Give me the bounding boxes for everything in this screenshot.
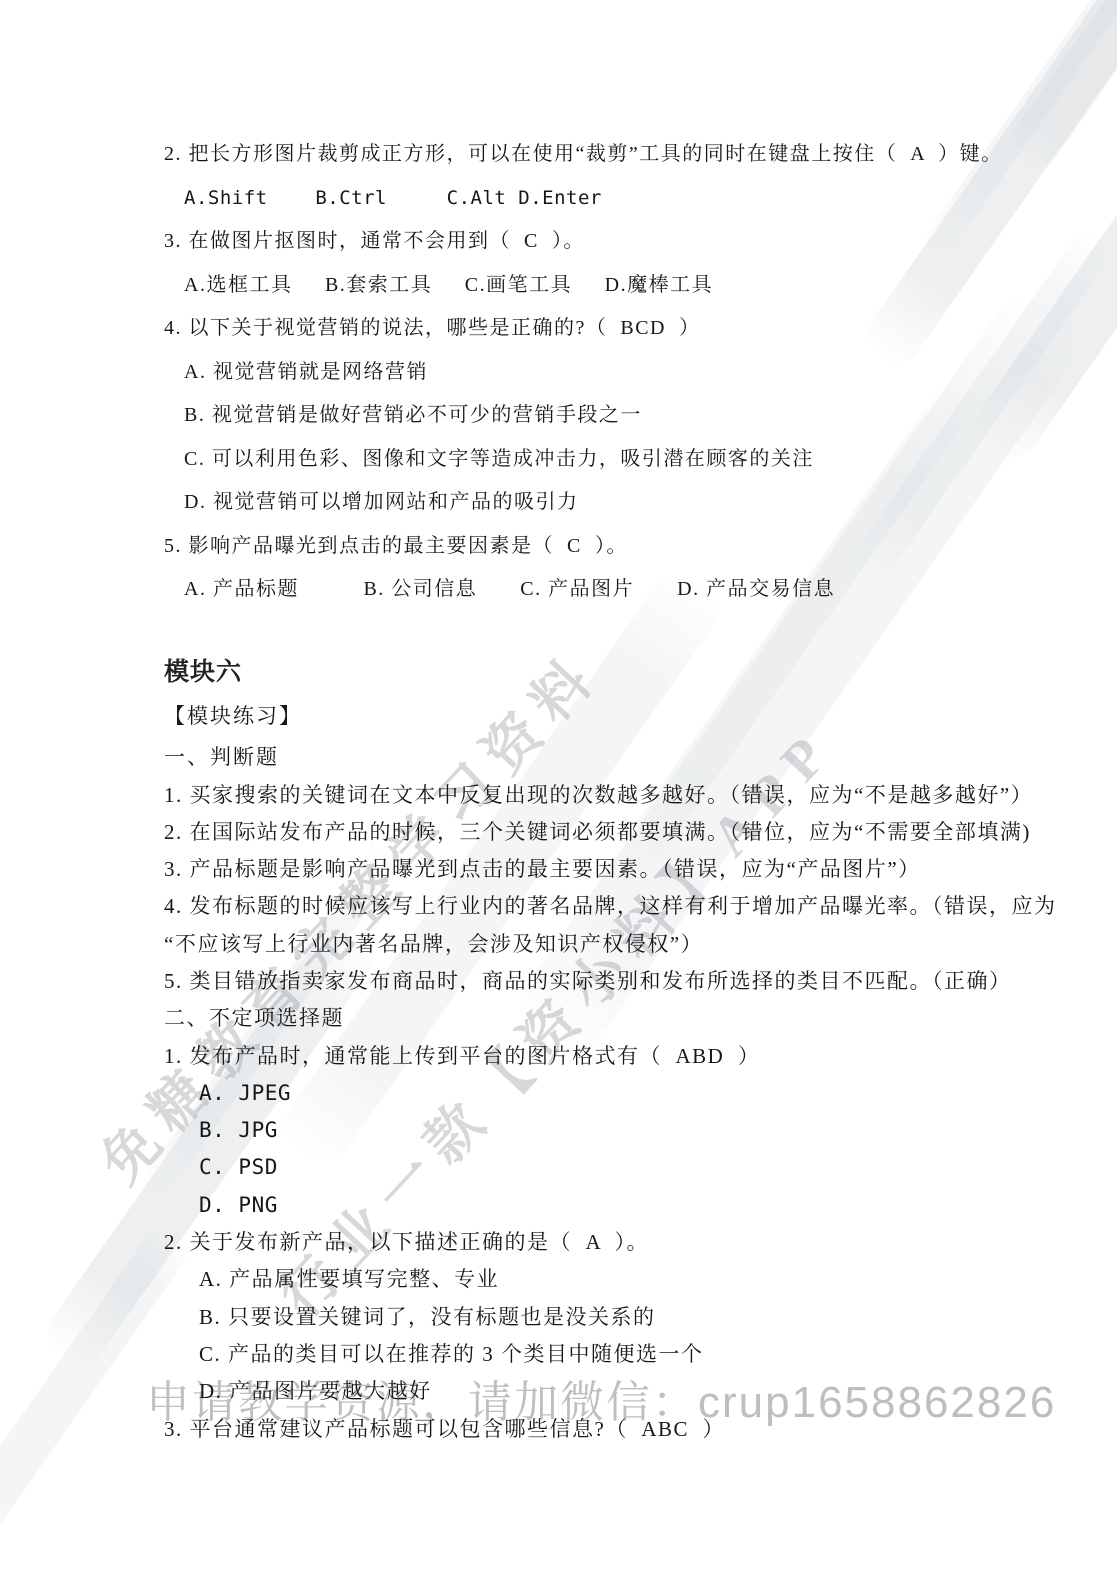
option-line: A. JPEG <box>164 1075 1004 1112</box>
statement-line: 2. 在国际站发布产品的时候，三个关键词必须都要填满。（错位，应为“不需要全部填… <box>164 814 1004 851</box>
question-line: 4. 以下关于视觉营销的说法，哪些是正确的?（ BCD ） <box>164 307 1004 351</box>
question-line: 5. 影响产品曝光到点击的最主要因素是（ C ）。 <box>164 525 1004 569</box>
option-line: A.选框工具 B.套索工具 C.画笔工具 D.魔棒工具 <box>164 264 1004 308</box>
diagonal-streak <box>1000 0 1117 179</box>
question-line: 2. 把长方形图片裁剪成正方形，可以在使用“裁剪”工具的同时在键盘上按住（ A … <box>164 133 1004 177</box>
module-subheading: 【模块练习】 <box>164 695 1004 737</box>
option-line: A.Shift B.Ctrl C.Alt D.Enter <box>164 177 1004 221</box>
statement-line: 3. 产品标题是影响产品曝光到点击的最主要因素。（错误，应为“产品图片”） <box>164 851 1004 888</box>
statement-line: 1. 买家搜索的关键词在文本中反复出现的次数越多越好。（错误，应为“不是越多越好… <box>164 777 1004 814</box>
option-line: D. PNG <box>164 1187 1004 1224</box>
option-line: D. 产品图片要越大越好 <box>164 1373 1004 1410</box>
option-line: C. PSD <box>164 1149 1004 1186</box>
section-title-multiple-choice: 二、不定项选择题 <box>164 1000 1004 1037</box>
option-line: B. JPG <box>164 1112 1004 1149</box>
option-line: B. 视觉营销是做好营销必不可少的营销手段之一 <box>164 394 1004 438</box>
option-line: B. 只要设置关键词了，没有标题也是没关系的 <box>164 1299 1004 1336</box>
option-line: A. 产品属性要填写完整、专业 <box>164 1261 1004 1298</box>
document-page: 免糖教育完整学习资料 行业一款【资小料】APP 申请教学资源，请加微信：crup… <box>0 0 1117 1579</box>
option-line: A. 视觉营销就是网络营销 <box>164 351 1004 395</box>
question-line: 1. 发布产品时，通常能上传到平台的图片格式有（ ABD ） <box>164 1038 1004 1075</box>
section-title-true-false: 一、判断题 <box>164 737 1004 777</box>
option-line: D. 视觉营销可以增加网站和产品的吸引力 <box>164 481 1004 525</box>
module-heading: 模块六 <box>164 649 1004 695</box>
question-line: 3. 平台通常建议产品标题可以包含哪些信息?（ ABC ） <box>164 1411 1004 1448</box>
option-line: C. 可以利用色彩、图像和文字等造成冲击力，吸引潜在顾客的关注 <box>164 438 1004 482</box>
statement-line: 4. 发布标题的时候应该写上行业内的著名品牌，这样有利于增加产品曝光率。（错误，… <box>164 888 1004 925</box>
option-line: A. 产品标题 B. 公司信息 C. 产品图片 D. 产品交易信息 <box>164 568 1004 612</box>
module-exercise-section: 1. 买家搜索的关键词在文本中反复出现的次数越多越好。（错误，应为“不是越多越好… <box>164 777 1004 1448</box>
document-content: 2. 把长方形图片裁剪成正方形，可以在使用“裁剪”工具的同时在键盘上按住（ A … <box>164 133 1004 1448</box>
option-line: C. 产品的类目可以在推荐的 3 个类目中随便选一个 <box>164 1336 1004 1373</box>
top-questions-section: 2. 把长方形图片裁剪成正方形，可以在使用“裁剪”工具的同时在键盘上按住（ A … <box>164 133 1004 612</box>
question-line: 2. 关于发布新产品，以下描述正确的是（ A ）。 <box>164 1224 1004 1261</box>
question-line: 3. 在做图片抠图时，通常不会用到（ C ）。 <box>164 220 1004 264</box>
statement-line-continuation: “不应该写上行业内著名品牌，会涉及知识产权侵权”） <box>164 926 1004 963</box>
statement-line: 5. 类目错放指卖家发布商品时，商品的实际类别和发布所选择的类目不匹配。（正确） <box>164 963 1004 1000</box>
